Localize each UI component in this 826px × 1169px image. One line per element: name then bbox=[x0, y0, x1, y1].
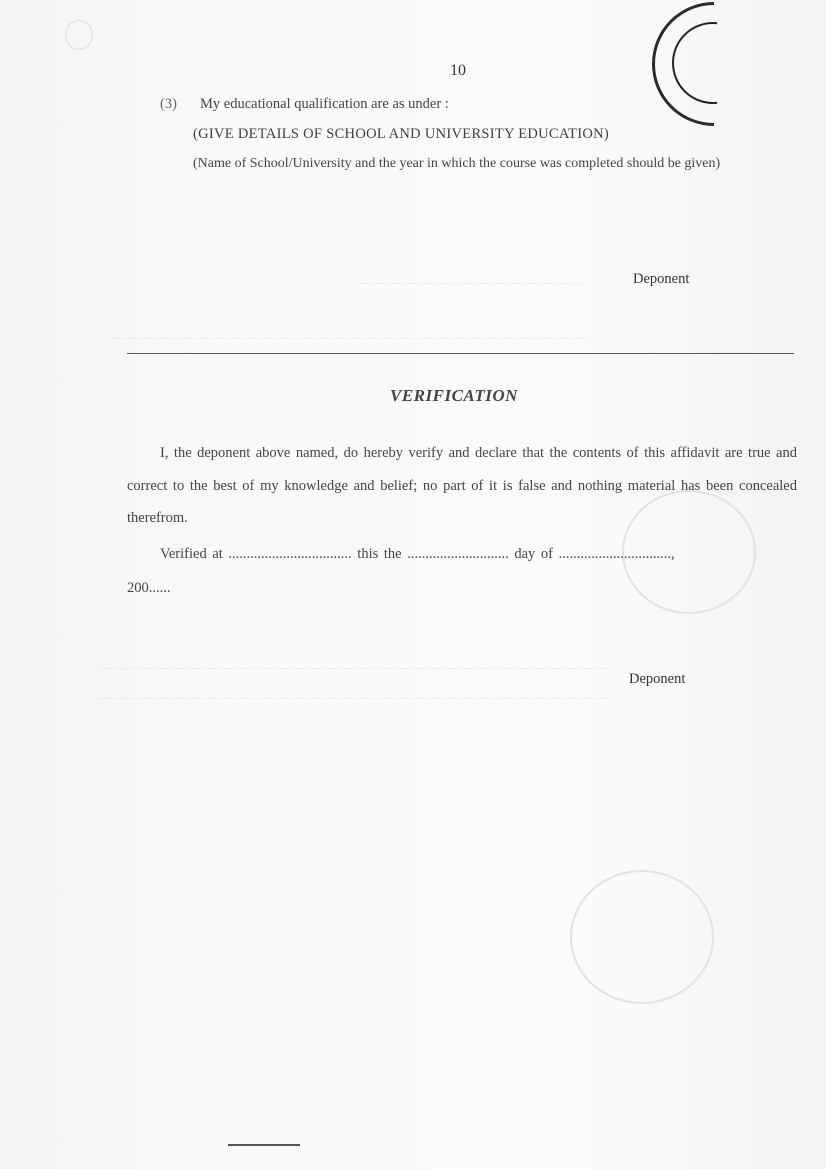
bleed-through-text: — — — — — — — — — — — — — — — bbox=[360, 275, 582, 290]
section-note: (Name of School/University and the year … bbox=[193, 156, 720, 172]
pencil-mark bbox=[228, 1144, 300, 1146]
handwritten-page-mark bbox=[65, 20, 93, 50]
bleed-through-text: — — — — — — — — — — — — — — — — — — — — … bbox=[100, 660, 607, 675]
bleed-through-text: — — — — — — — — — — — — — — — — — — — — … bbox=[110, 330, 587, 345]
verified-at-line: Verified at ............................… bbox=[160, 546, 675, 563]
page-number: 10 bbox=[450, 62, 466, 80]
verification-paragraph: I, the deponent above named, do hereby v… bbox=[127, 437, 797, 535]
document-page: — — — — — — — — — — — — — — — — — — — — … bbox=[0, 0, 826, 1169]
deponent-signature-label: Deponent bbox=[629, 671, 685, 688]
verification-paragraph-text: I, the deponent above named, do hereby v… bbox=[127, 445, 797, 526]
section-number: (3) bbox=[160, 96, 177, 113]
section-instruction: (GIVE DETAILS OF SCHOOL AND UNIVERSITY E… bbox=[193, 126, 609, 143]
section-text: My educational qualification are as unde… bbox=[200, 96, 449, 113]
section-divider bbox=[127, 353, 794, 354]
official-seal-inner-ring-icon bbox=[672, 22, 754, 104]
deponent-signature-label: Deponent bbox=[633, 271, 689, 288]
bleed-through-text: — — — — — — — — — — — — — — — — — — — — … bbox=[100, 690, 607, 705]
faint-seal-stamp-bottom-icon bbox=[570, 870, 714, 1004]
verification-title: VERIFICATION bbox=[390, 386, 518, 406]
year-line: 200...... bbox=[127, 580, 171, 597]
